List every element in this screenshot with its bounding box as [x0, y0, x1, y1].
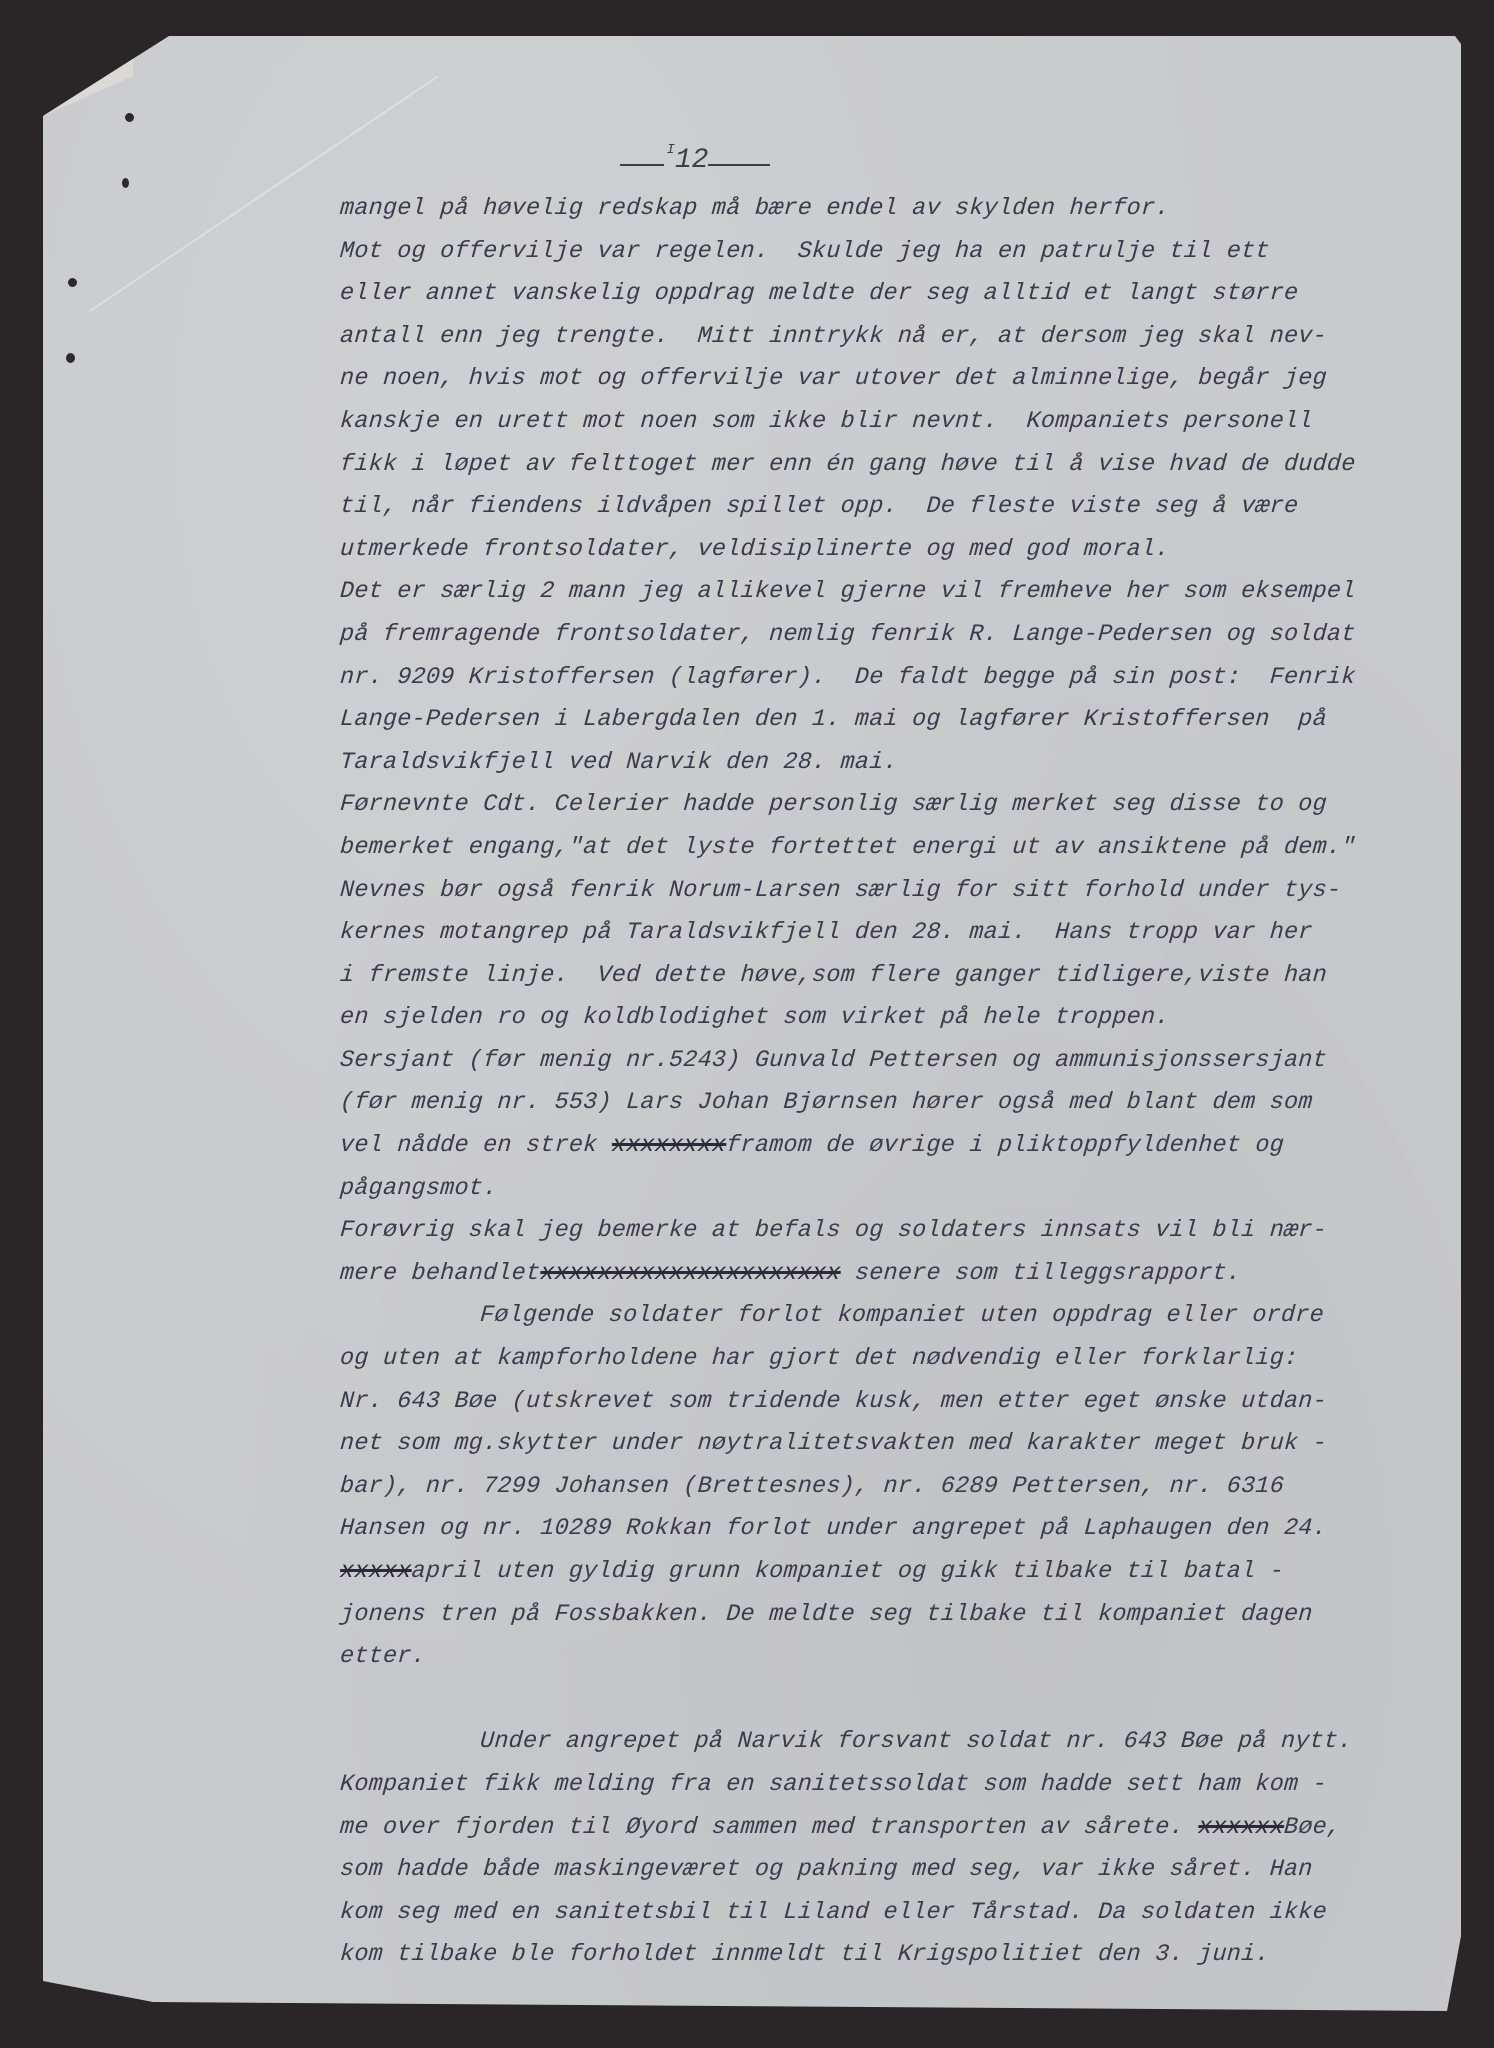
struck-out-text: xxxxxxxxxxxxxxxxxxxxx [539, 1260, 841, 1287]
page-number: 12 [675, 145, 709, 176]
text-line: Nevnes bør også fenrik Norum-Larsen særl… [339, 870, 1432, 913]
text-line: Hansen og nr. 10289 Rokkan forlot under … [339, 1508, 1432, 1551]
text-line: og uten at kampforholdene har gjort det … [339, 1338, 1432, 1381]
text-line: Lange-Pedersen i Labergdalen den 1. mai … [339, 699, 1432, 742]
text-line: en sjelden ro og koldblodighet som virke… [339, 997, 1432, 1040]
text-line: utmerkede frontsoldater, veldisiplinerte… [339, 529, 1432, 572]
text-line: Nr. 643 Bøe (utskrevet som tridende kusk… [339, 1381, 1432, 1424]
text-line: (før menig nr. 553) Lars Johan Bjørnsen … [339, 1082, 1432, 1125]
text-line: Kompaniet fikk melding fra en sanitetsso… [339, 1764, 1432, 1807]
text-line: Sersjant (før menig nr.5243) Gunvald Pet… [339, 1040, 1432, 1083]
text-line: Følgende soldater forlot kompaniet uten … [339, 1295, 1432, 1338]
text-line: mere behandletxxxxxxxxxxxxxxxxxxxxx sene… [339, 1253, 1432, 1296]
text-line: Mot og offervilje var regelen. Skulde je… [339, 231, 1432, 274]
struck-out-text: xxxxx [339, 1558, 412, 1585]
text-line: til, når fiendens ildvåpen spillet opp. … [339, 486, 1432, 529]
text-line: me over fjorden til Øyord sammen med tra… [339, 1807, 1432, 1850]
text-line: net som mg.skytter under nøytralitetsvak… [339, 1423, 1432, 1466]
text-line: kom seg med en sanitetsbil til Liland el… [339, 1892, 1432, 1935]
text-line: bemerket engang,"at det lyste fortettet … [339, 827, 1432, 870]
text-line: jonens tren på Fossbakken. De meldte seg… [339, 1594, 1432, 1637]
punch-hole-mark [68, 278, 77, 287]
text-line [339, 1679, 1432, 1722]
text-line: kanskje en urett mot noen som ikke blir … [339, 401, 1432, 444]
text-line: på fremragende frontsoldater, nemlig fen… [339, 614, 1432, 657]
text-line: i fremste linje. Ved dette høve,som fler… [339, 955, 1432, 998]
text-line: fikk i løpet av felttoget mer enn én gan… [339, 444, 1432, 487]
header-rule-left [620, 164, 664, 166]
text-line: antall enn jeg trengte. Mitt inntrykk nå… [339, 316, 1432, 359]
punch-hole-mark [122, 178, 129, 188]
text-line: bar), nr. 7299 Johansen (Brettesnes), nr… [339, 1466, 1432, 1509]
page-number-header: I 12 [620, 146, 770, 176]
text-line: som hadde både maskingeværet og pakning … [339, 1849, 1432, 1892]
text-line: eller annet vanskelig oppdrag meldte der… [339, 273, 1432, 316]
text-line: Taraldsvikfjell ved Narvik den 28. mai. [339, 742, 1432, 785]
text-line: xxxxxapril uten gyldig grunn kompaniet o… [339, 1551, 1432, 1594]
text-line: pågangsmot. [339, 1168, 1432, 1211]
text-line: etter. [339, 1636, 1432, 1679]
header-rule-right [708, 164, 770, 166]
text-line: Forøvrig skal jeg bemerke at befals og s… [339, 1210, 1432, 1253]
text-line: kom tilbake ble forholdet innmeldt til K… [339, 1934, 1432, 1977]
text-line: Under angrepet på Narvik forsvant soldat… [339, 1721, 1432, 1764]
struck-out-text: xxxxxx [1197, 1814, 1285, 1841]
punch-hole-mark [66, 353, 75, 363]
punch-hole-mark [125, 113, 134, 122]
text-line: Det er særlig 2 mann jeg allikevel gjern… [339, 571, 1432, 614]
text-line: Førnevnte Cdt. Celerier hadde personlig … [339, 784, 1432, 827]
text-line: ne noen, hvis mot og offervilje var utov… [339, 358, 1432, 401]
text-line: mangel på høvelig redskap må bære endel … [339, 188, 1432, 231]
struck-out-text: xxxxxxxx [611, 1132, 727, 1159]
text-line: nr. 9209 Kristoffersen (lagfører). De fa… [339, 657, 1432, 700]
text-line: kernes motangrep på Taraldsvikfjell den … [339, 912, 1432, 955]
page-prefix-mark: I [666, 142, 674, 158]
typewritten-body: mangel på høvelig redskap må bære endel … [340, 188, 1430, 1977]
text-line: vel nådde en strek xxxxxxxxframom de øvr… [339, 1125, 1432, 1168]
